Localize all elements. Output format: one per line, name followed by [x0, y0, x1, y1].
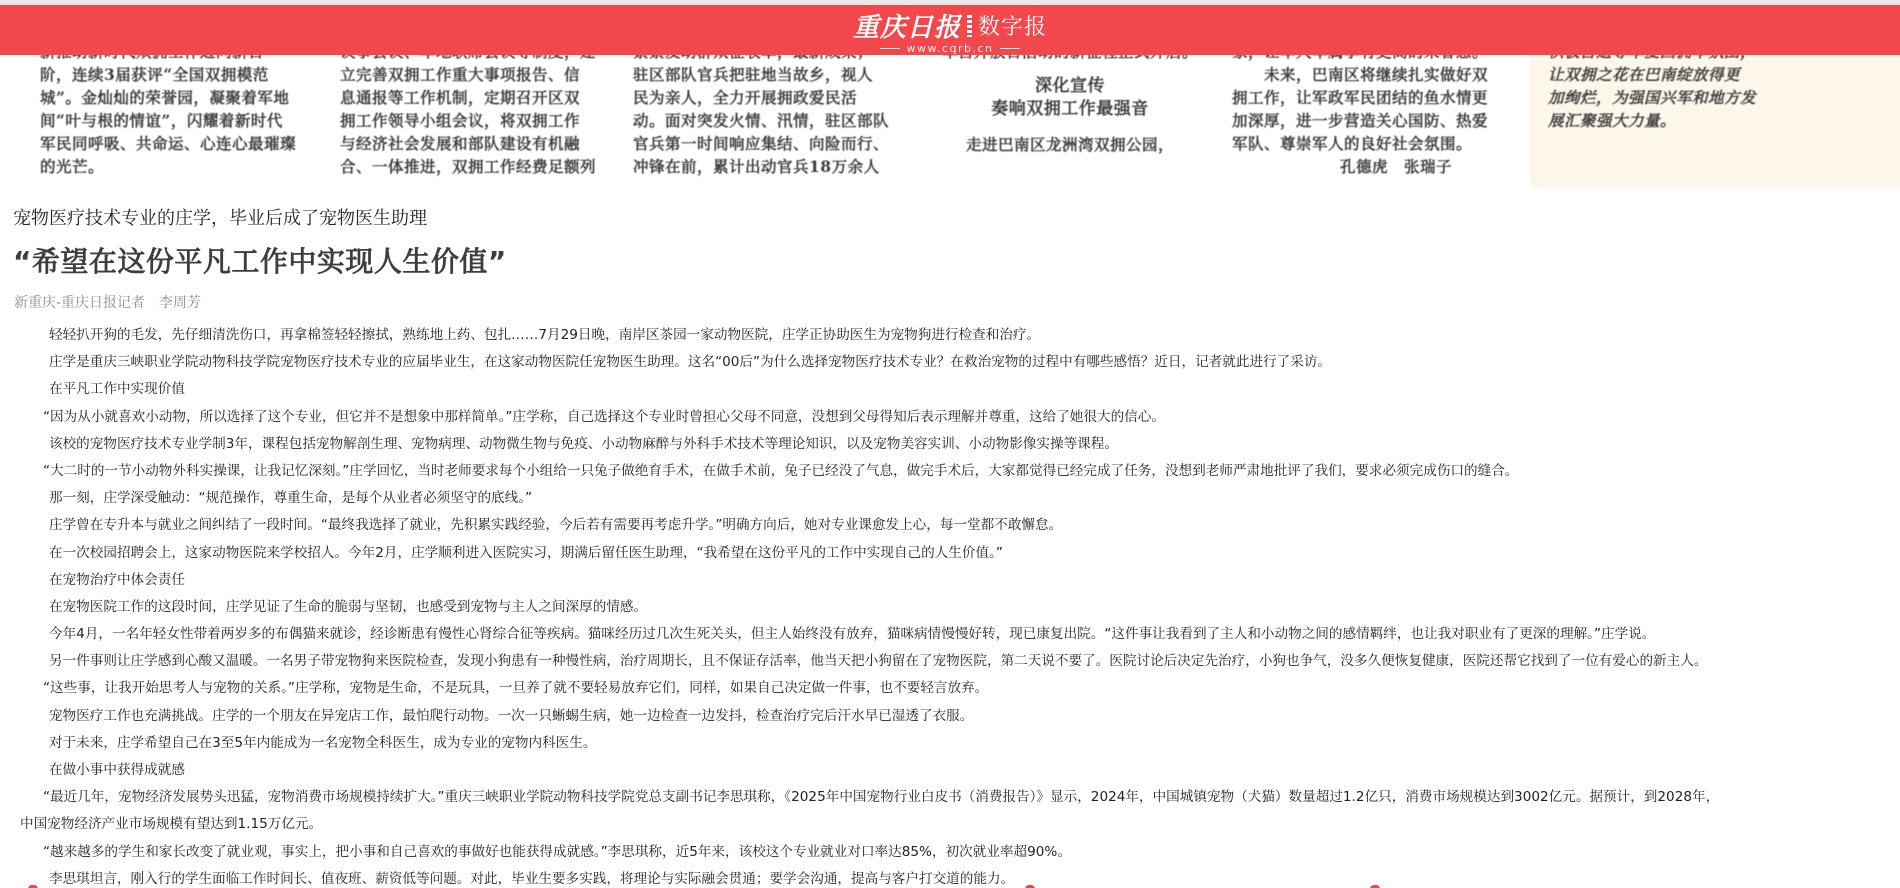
column-line: 让双拥之花在巴南绽放得更 [1548, 63, 1893, 86]
article-subtitle: 宠物医疗技术专业的庄学，毕业后成了宠物医生助理 [13, 204, 427, 230]
divider-line [880, 48, 900, 49]
section-heading: 奏响双拥工作最强音 [935, 98, 1205, 121]
spacer [935, 63, 1205, 75]
column-line: 拥工作领导小组会议，将双拥工作 [340, 109, 596, 132]
newspaper-page-image: 新推动新时代双拥工作迈向新台 阶，连续3届获评“全国双拥模范 城”。金灿灿的荣誉… [0, 40, 1900, 188]
paragraph: 李思琪坦言，刚入行的学生面临工作时间长、值夜班、薪资低等问题。对此，毕业生要多实… [0, 866, 1900, 888]
paragraph: “因为从小就喜欢小动物，所以选择了这个专业，但它并不是想象中那样简单。”庄学称，… [0, 404, 1900, 431]
column-line: 未来，巴南区将继续扎实做好双 [1232, 63, 1488, 86]
column-line: 军民同呼吸、共命运、心连心最璀璨 [40, 132, 296, 155]
column-line: 息通报等工作机制，定期召开区双 [340, 86, 596, 109]
column-line: 阶，连续3届获评“全国双拥模范 [40, 63, 296, 86]
paragraph: 今年4月，一名年轻女性带着两岁多的布偶猫来就诊，经诊断患有慢性心肾综合征等疾病。… [0, 621, 1900, 648]
column-line: 冲锋在前，累计出动官兵18万余人 [633, 155, 889, 178]
newspaper-column-5: 家，让军人军属享有更高的荣誉感。 未来，巴南区将继续扎实做好双 拥工作，让军政军… [1232, 40, 1488, 178]
column-line: 间“叶与根的情谊”，闪耀着新时代 [40, 109, 296, 132]
newspaper-column-6: 积极营造尊军爱国拥军氛围， 让双拥之花在巴南绽放得更 加绚烂，为强国兴军和地方发… [1530, 40, 1900, 188]
section-heading: 在宠物治疗中体会责任 [0, 567, 1900, 594]
article-title: “希望在这份平凡工作中实现人生价值” [13, 240, 507, 280]
column-line: 官兵第一时间响应集结、向险而行、 [633, 132, 889, 155]
column-line: 加深厚，进一步营造关心国防、热爱 [1232, 109, 1488, 132]
column-line: 走进巴南区龙洲湾双拥公园， [935, 133, 1205, 156]
article-body: 轻轻扒开狗的毛发，先仔细清洗伤口，再拿棉签轻轻擦拭，熟练地上药、包扎……7月29… [0, 322, 1900, 888]
newspaper-column-1: 新推动新时代双拥工作迈向新台 阶，连续3届获评“全国双拥模范 城”。金灿灿的荣誉… [40, 40, 296, 178]
paragraph: “越来越多的学生和家长改变了就业观，事实上，把小事和自己喜欢的事做好也能获得成就… [0, 839, 1900, 866]
column-line: 合、一体推进，双拥工作经费足额列 [340, 155, 596, 178]
divider-line [1000, 48, 1020, 49]
article-byline: 新重庆-重庆日报记者 李周芳 [14, 292, 201, 312]
paragraph: 在宠物医院工作的这段时间，庄学见证了生命的脆弱与坚韧，也感受到宠物与主人之间深厚… [0, 594, 1900, 621]
site-url-text: www.cqrb.cn [906, 42, 993, 55]
logo-calligraphy: 重庆日报 [853, 7, 961, 44]
paragraph: 宠物医疗工作也充满挑战。庄学的一个朋友在异宠店工作，最怕爬行动物。一次一只蜥蜴生… [0, 703, 1900, 730]
section-heading: 深化宣传 [935, 75, 1205, 98]
paragraph: 轻轻扒开狗的毛发，先仔细清洗伤口，再拿棉签轻轻擦拭，熟练地上药、包扎……7月29… [0, 322, 1900, 349]
column-line: 城”。金灿灿的荣誉园，凝聚着军地 [40, 86, 296, 109]
paragraph: 那一刻，庄学深受触动：“规范操作，尊重生命，是每个从业者必须坚守的底线。” [0, 485, 1900, 512]
spacer [935, 121, 1205, 133]
section-heading: 在做小事中获得成就感 [0, 757, 1900, 784]
paragraph: 对于未来，庄学希望自己在3至5年内能成为一名宠物全科医生，成为专业的宠物内科医生… [0, 730, 1900, 757]
newspaper-column-2: 议事会议、军地联席会议等制度，建 立完善双拥工作重大事项报告、信 息通报等工作机… [340, 40, 596, 178]
column-line: 拥工作，让军政军民团结的鱼水情更 [1232, 86, 1488, 109]
logo-divider-icon [967, 15, 972, 37]
column-line: 与经济社会发展和部队建设有机融 [340, 132, 596, 155]
paragraph: 另一件事则让庄学感到心酸又温暖。一名男子带宠物狗来医院检查，发现小狗患有一种慢性… [0, 648, 1900, 675]
column-line: 动。面对突发火情、汛情，驻区部队 [633, 109, 889, 132]
column-line: 军队、尊崇军人的良好社会氛围。 [1232, 132, 1488, 155]
paragraph: 庄学曾在专升本与就业之间纠结了一段时间。“最终我选择了就业，先积累实践经验，今后… [0, 512, 1900, 539]
paragraph: 该校的宠物医疗技术专业学制3年，课程包括宠物解剖生理、宠物病理、动物微生物与免疫… [0, 431, 1900, 458]
newspaper-column-4: 军营开放日活动的新征程正式开启。 深化宣传 奏响双拥工作最强音 走进巴南区龙洲湾… [935, 40, 1205, 156]
column-line: 立完善双拥工作重大事项报告、信 [340, 63, 596, 86]
column-line: 的光芒。 [40, 155, 296, 178]
paragraph: 庄学是重庆三峡职业学院动物科技学院宠物医疗技术专业的应届毕业生，在这家动物医院任… [0, 349, 1900, 376]
site-url: www.cqrb.cn [0, 42, 1900, 55]
site-header: 重庆日报 数字报 www.cqrb.cn [0, 5, 1900, 55]
paragraph-continuation: 中国宠物经济产业市场规模有望达到1.15万亿元。 [0, 811, 1900, 838]
section-heading: 在平凡工作中实现价值 [0, 376, 1900, 403]
site-logo[interactable]: 重庆日报 数字报 [0, 7, 1900, 44]
newspaper-column-3: 紧紧发动群众征收草，最新成果； 驻区部队官兵把驻地当故乡，视人 民为亲人，全力开… [633, 40, 889, 178]
paragraph: “大二时的一节小动物外科实操课，让我记忆深刻。”庄学回忆，当时老师要求每个小组给… [0, 458, 1900, 485]
column-authors: 孔德虎 张瑞子 [1232, 155, 1488, 178]
column-line: 展汇聚强大力量。 [1548, 109, 1893, 132]
column-line: 驻区部队官兵把驻地当故乡，视人 [633, 63, 889, 86]
column-line: 加绚烂，为强国兴军和地方发 [1548, 86, 1893, 109]
paragraph: “这些事，让我开始思考人与宠物的关系。”庄学称，宠物是生命，不是玩具，一旦养了就… [0, 675, 1900, 702]
column-line: 民为亲人，全力开展拥政爱民活 [633, 86, 889, 109]
paragraph: 在一次校园招聘会上，这家动物医院来学校招人。今年2月，庄学顺利进入医院实习，期满… [0, 540, 1900, 567]
logo-digital-edition: 数字报 [978, 10, 1047, 41]
paragraph: “最近几年，宠物经济发展势头迅猛，宠物消费市场规模持续扩大。”重庆三峡职业学院动… [0, 784, 1900, 811]
